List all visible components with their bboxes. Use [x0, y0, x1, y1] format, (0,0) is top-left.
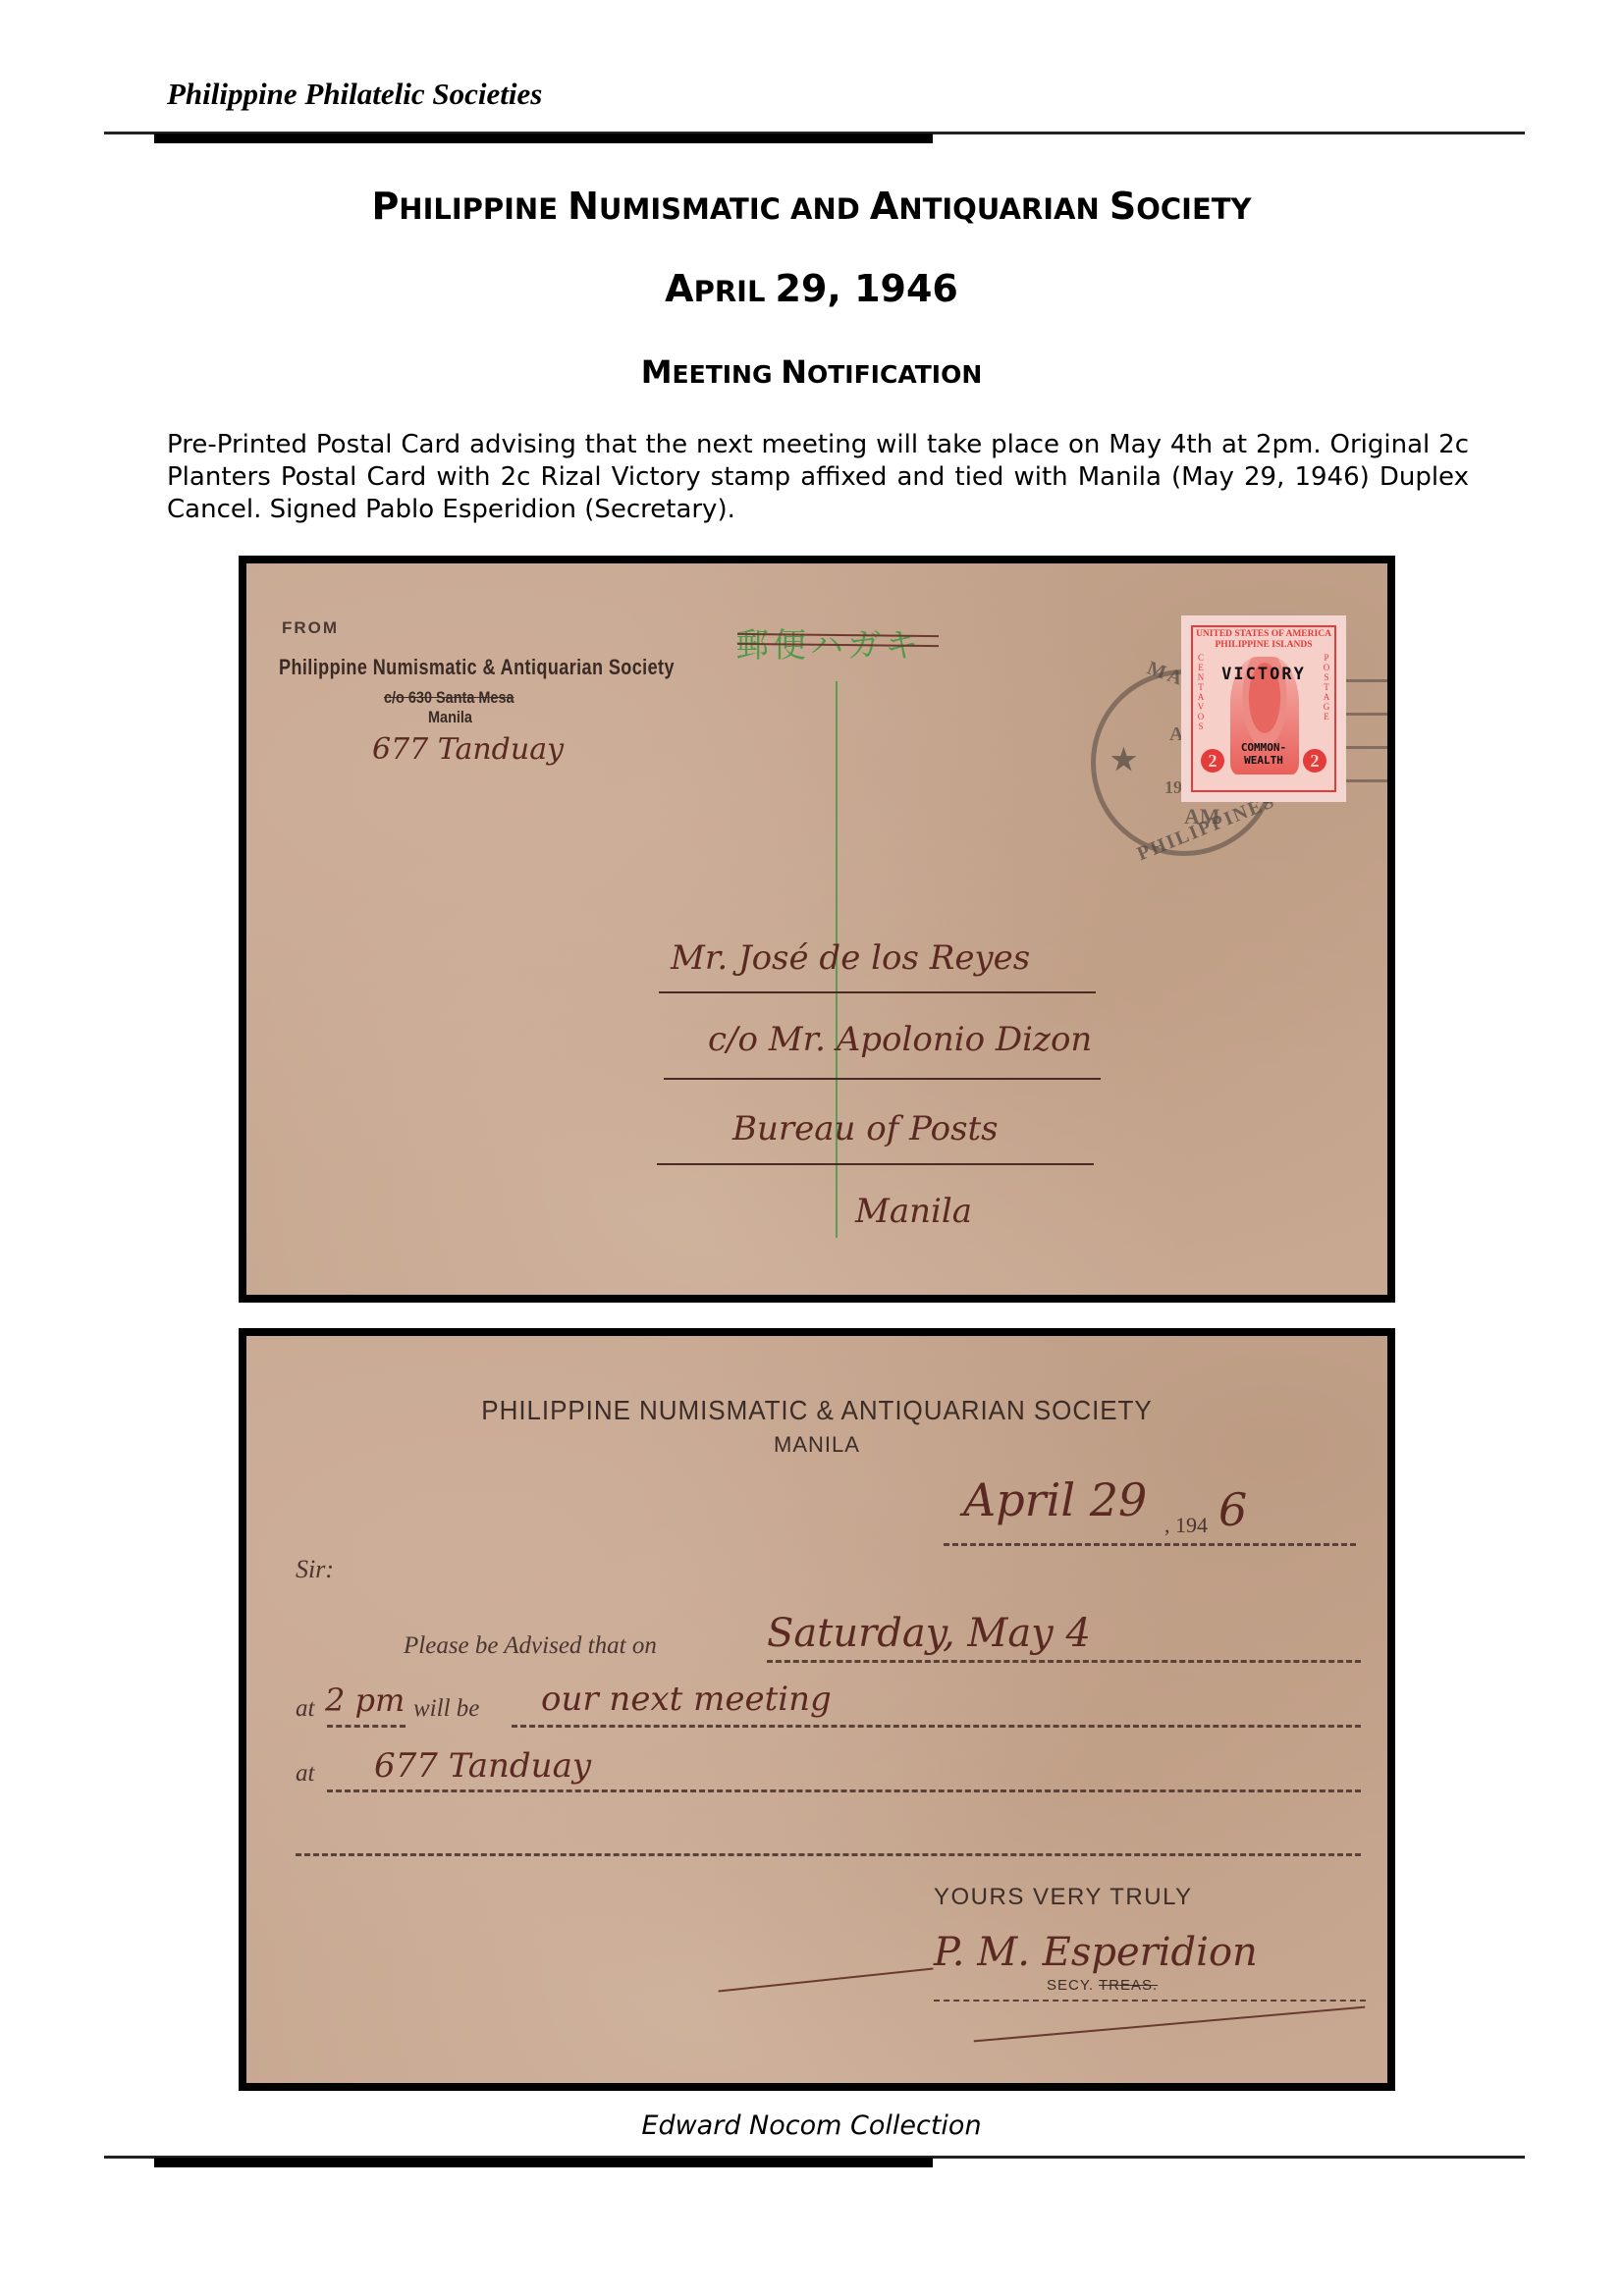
- page-date: APRIL 29, 1946: [0, 267, 1623, 310]
- signature-line: [934, 2000, 1366, 2002]
- signature-flourish: [974, 2006, 1366, 2043]
- sender-name: Philippine Numismatic & Antiquarian Soci…: [279, 655, 675, 680]
- postal-card-front: FROM Philippine Numismatic & Antiquarian…: [239, 556, 1395, 1303]
- stamp-postage: POSTAGE: [1322, 653, 1331, 721]
- recipient-office: Bureau of Posts: [732, 1109, 999, 1148]
- description: Pre-Printed Postal Card advising that th…: [167, 429, 1469, 526]
- line1-label: Please be Advised that on: [404, 1632, 657, 1660]
- postal-card-back: PHILIPPINE NUMISMATIC & ANTIQUARIAN SOCI…: [239, 1328, 1395, 2091]
- line2-label-b: will be: [413, 1695, 479, 1723]
- card-city-heading: MANILA: [246, 1432, 1387, 1458]
- running-head: Philippine Philatelic Societies: [167, 77, 542, 112]
- salutation: Sir:: [296, 1555, 334, 1584]
- recipient-care-of: c/o Mr. Apolonio Dizon: [708, 1020, 1092, 1059]
- line2-label-a: at: [296, 1695, 314, 1723]
- recipient-city: Manila: [855, 1192, 972, 1231]
- overprint-victory: VICTORY: [1193, 665, 1334, 684]
- page-subtitle: MEETING NOTIFICATION: [0, 353, 1623, 391]
- form-line: [327, 1789, 1361, 1792]
- page-title: PHILIPPINE NUMISMATIC AND ANTIQUARIAN SO…: [0, 185, 1623, 228]
- collection-caption: Edward Nocom Collection: [0, 2110, 1623, 2141]
- signature-flourish: [718, 1968, 933, 1993]
- date-line: [944, 1543, 1356, 1546]
- form-line: [296, 1853, 1361, 1856]
- address-underline: [657, 1163, 1094, 1165]
- stamp-value: 2: [1201, 749, 1224, 773]
- line2-value-a: 2 pm: [325, 1682, 405, 1719]
- line1-value: Saturday, May 4: [767, 1611, 1091, 1656]
- recipient-name: Mr. José de los Reyes: [671, 938, 1030, 978]
- card-org-heading: PHILIPPINE NUMISMATIC & ANTIQUARIAN SOCI…: [287, 1395, 1348, 1426]
- line3-value: 677 Tanduay: [374, 1746, 591, 1786]
- header-rule-bar: [154, 133, 933, 143]
- handwritten-year-digit: 6: [1218, 1483, 1247, 1536]
- form-line: [767, 1660, 1361, 1663]
- printed-year: , 194: [1164, 1513, 1208, 1538]
- stamp-value: 2: [1303, 749, 1326, 773]
- sender-city: Manila: [428, 708, 472, 727]
- stamp-country: UNITED STATES OF AMERICA PHILIPPINE ISLA…: [1193, 629, 1334, 651]
- star-icon: ★: [1110, 743, 1137, 777]
- signer-title: SECY. TREAS.: [1047, 1977, 1158, 1994]
- handwritten-date: April 29: [963, 1473, 1147, 1526]
- signature: P. M. Esperidion: [934, 1930, 1258, 1975]
- line3-label: at: [296, 1760, 314, 1788]
- line2-value-b: our next meeting: [541, 1680, 832, 1719]
- form-line: [327, 1725, 406, 1728]
- sender-address-handwritten: 677 Tanduay: [372, 732, 564, 767]
- closing: YOURS VERY TRULY: [934, 1884, 1193, 1911]
- rizal-victory-stamp: UNITED STATES OF AMERICA PHILIPPINE ISLA…: [1181, 615, 1346, 802]
- footer-rule-bar: [154, 2158, 933, 2167]
- from-label: FROM: [282, 618, 339, 638]
- form-line: [512, 1725, 1361, 1728]
- sender-address-struck: c/o 630 Santa Mesa: [384, 688, 514, 708]
- address-underline: [659, 991, 1096, 993]
- address-underline: [664, 1078, 1101, 1080]
